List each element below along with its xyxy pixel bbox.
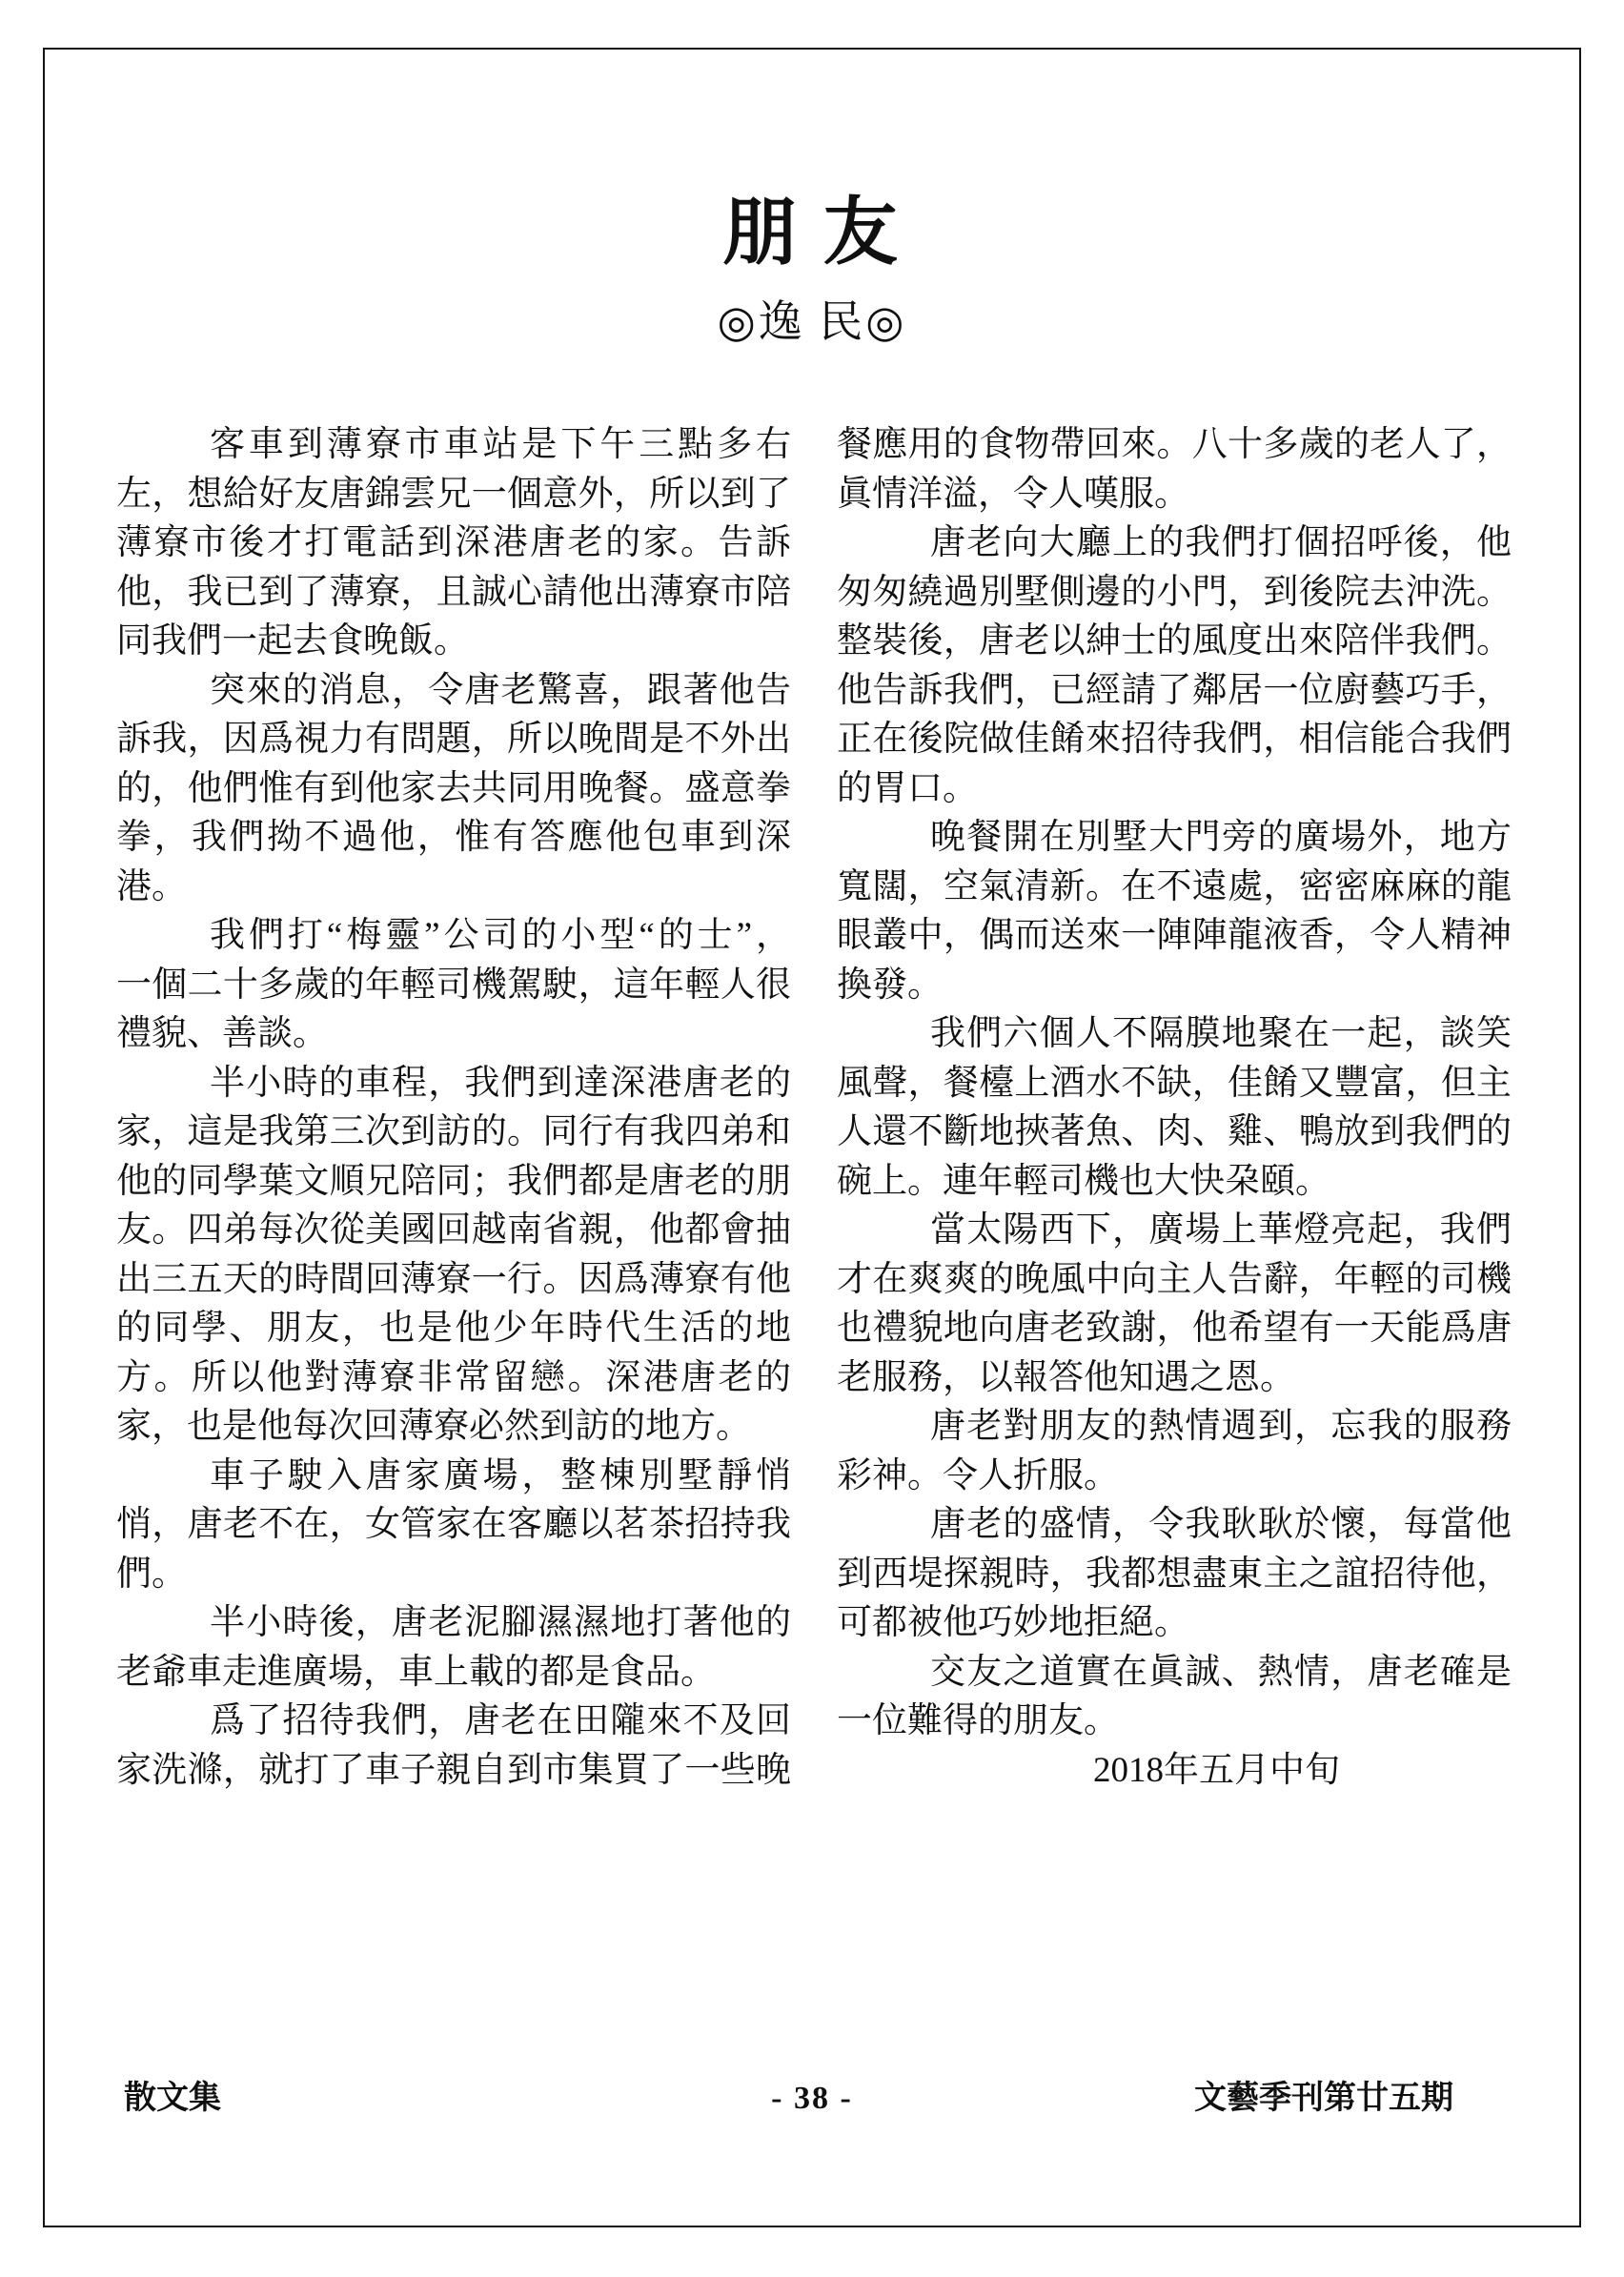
text-line: 到西堤探親時，我都想盡東主之誼招待他， (837, 1550, 1512, 1599)
text-line: 他，我已到了薄寮，且誠心請他出薄寮市陪 (116, 568, 791, 618)
text-line: 半小時後，唐老泥腳濕濕地打著他的 (116, 1598, 791, 1648)
text-line: 老爺車走進廣場，車上載的都是食品。 (116, 1648, 791, 1698)
text-line: 我們打“梅靈”公司的小型“的士”， (116, 911, 791, 961)
text-line: 半小時的車程，我們到達深港唐老的 (116, 1059, 791, 1108)
text-line: 彩神。令人折服。 (837, 1452, 1512, 1501)
text-line: 寬闊，空氣清新。在不遠處，密密麻麻的龍 (837, 863, 1512, 912)
text-line: 同我們一起去食晚飯。 (116, 617, 791, 666)
text-line: 一位難得的朋友。 (837, 1697, 1512, 1746)
text-line: 們。 (116, 1550, 791, 1599)
text-line: 悄，唐老不在，女管家在客廳以茗茶招持我 (116, 1500, 791, 1550)
text-line: 老服務，以報答他知遇之恩。 (837, 1353, 1512, 1403)
article-title: 朋 友 (0, 187, 1624, 278)
text-line: 客車到薄寮市車站是下午三點多右 (116, 420, 791, 470)
article-author: ◎逸 民◎ (0, 292, 1624, 353)
text-column-left: 客車到薄寮市車站是下午三點多右左，想給好友唐錦雲兄一個意外，所以到了薄寮市後才打… (116, 420, 791, 1795)
text-line: 薄寮市後才打電話到深港唐老的家。告訴 (116, 518, 791, 568)
text-line: 風聲，餐檯上酒水不缺，佳餚又豐富，但主 (837, 1059, 1512, 1108)
text-line: 家，這是我第三次到訪的。同行有我四弟和 (116, 1108, 791, 1157)
text-line: 餐應用的食物帶回來。八十多歲的老人了， (837, 420, 1512, 470)
text-column-right: 餐應用的食物帶回來。八十多歲的老人了，眞情洋溢，令人嘆服。唐老向大廳上的我們打個… (837, 420, 1512, 1795)
text-line: 家，也是他每次回薄寮必然到訪的地方。 (116, 1402, 791, 1452)
text-line: 當太陽西下，廣場上華燈亮起，我們 (837, 1206, 1512, 1255)
text-line: 匆匆繞過別墅側邊的小門，到後院去沖洗。 (837, 568, 1512, 618)
footer-section-title: 散文集 (124, 2078, 221, 2120)
text-line: 眼叢中，偶而送來一陣陣龍液香，令人精神 (837, 911, 1512, 961)
text-line: 禮貌、善談。 (116, 1009, 791, 1059)
text-line: 交友之道實在眞誠、熱情，唐老確是 (837, 1648, 1512, 1698)
text-line: 拳，我們拗不過他，惟有答應他包車到深 (116, 813, 791, 863)
text-line: 他告訴我們，已經請了鄰居一位廚藝巧手， (837, 666, 1512, 716)
text-line: 左，想給好友唐錦雲兄一個意外，所以到了 (116, 470, 791, 519)
text-line: 訴我，因爲視力有問題，所以晚間是不外出 (116, 715, 791, 764)
text-line: 可都被他巧妙地拒絕。 (837, 1598, 1512, 1648)
text-line: 我們六個人不隔膜地聚在一起，談笑 (837, 1009, 1512, 1059)
text-line: 唐老對朋友的熱情週到，忘我的服務 (837, 1402, 1512, 1452)
text-line: 換發。 (837, 961, 1512, 1010)
text-line: 正在後院做佳餚來招待我們，相信能合我們 (837, 715, 1512, 764)
text-line: 的，他們惟有到他家去共同用晚餐。盛意拳 (116, 764, 791, 814)
text-line: 的同學、朋友，也是他少年時代生活的地 (116, 1304, 791, 1353)
text-line: 也禮貌地向唐老致謝，他希望有一天能爲唐 (837, 1304, 1512, 1353)
text-line: 港。 (116, 863, 791, 912)
text-line: 2018年五月中旬 (837, 1746, 1512, 1796)
text-line: 車子駛入唐家廣場，整棟別墅靜悄 (116, 1452, 791, 1501)
text-line: 出三五天的時間回薄寮一行。因爲薄寮有他 (116, 1255, 791, 1305)
footer-page-number: - 38 - (771, 2078, 853, 2120)
text-line: 方。所以他對薄寮非常留戀。深港唐老的 (116, 1353, 791, 1403)
text-line: 眞情洋溢，令人嘆服。 (837, 470, 1512, 519)
text-line: 人還不斷地挾著魚、肉、雞、鴨放到我們的 (837, 1108, 1512, 1157)
text-line: 他的同學葉文順兄陪同；我們都是唐老的朋 (116, 1157, 791, 1207)
text-line: 晚餐開在別墅大門旁的廣場外，地方 (837, 813, 1512, 863)
text-line: 突來的消息，令唐老驚喜，跟著他告 (116, 666, 791, 716)
text-line: 爲了招待我們，唐老在田隴來不及回 (116, 1697, 791, 1746)
text-line: 家洗滌，就打了車子親自到市集買了一些晚 (116, 1746, 791, 1796)
text-line: 友。四弟每次從美國回越南省親，他都會抽 (116, 1206, 791, 1255)
text-line: 一個二十多歲的年輕司機駕駛，這年輕人很 (116, 961, 791, 1010)
text-line: 整裝後，唐老以紳士的風度出來陪伴我們。 (837, 617, 1512, 666)
page-footer: 散文集 - 38 - 文藝季刊第廿五期 (0, 2078, 1624, 2120)
text-line: 才在爽爽的晚風中向主人告辭，年輕的司機 (837, 1255, 1512, 1305)
text-line: 的胃口。 (837, 764, 1512, 814)
text-line: 碗上。連年輕司機也大快朶頤。 (837, 1157, 1512, 1207)
text-line: 唐老的盛情，令我耿耿於懷，每當他 (837, 1500, 1512, 1550)
text-line: 唐老向大廳上的我們打個招呼後，他 (837, 518, 1512, 568)
footer-journal-title: 文藝季刊第廿五期 (1194, 2078, 1453, 2120)
